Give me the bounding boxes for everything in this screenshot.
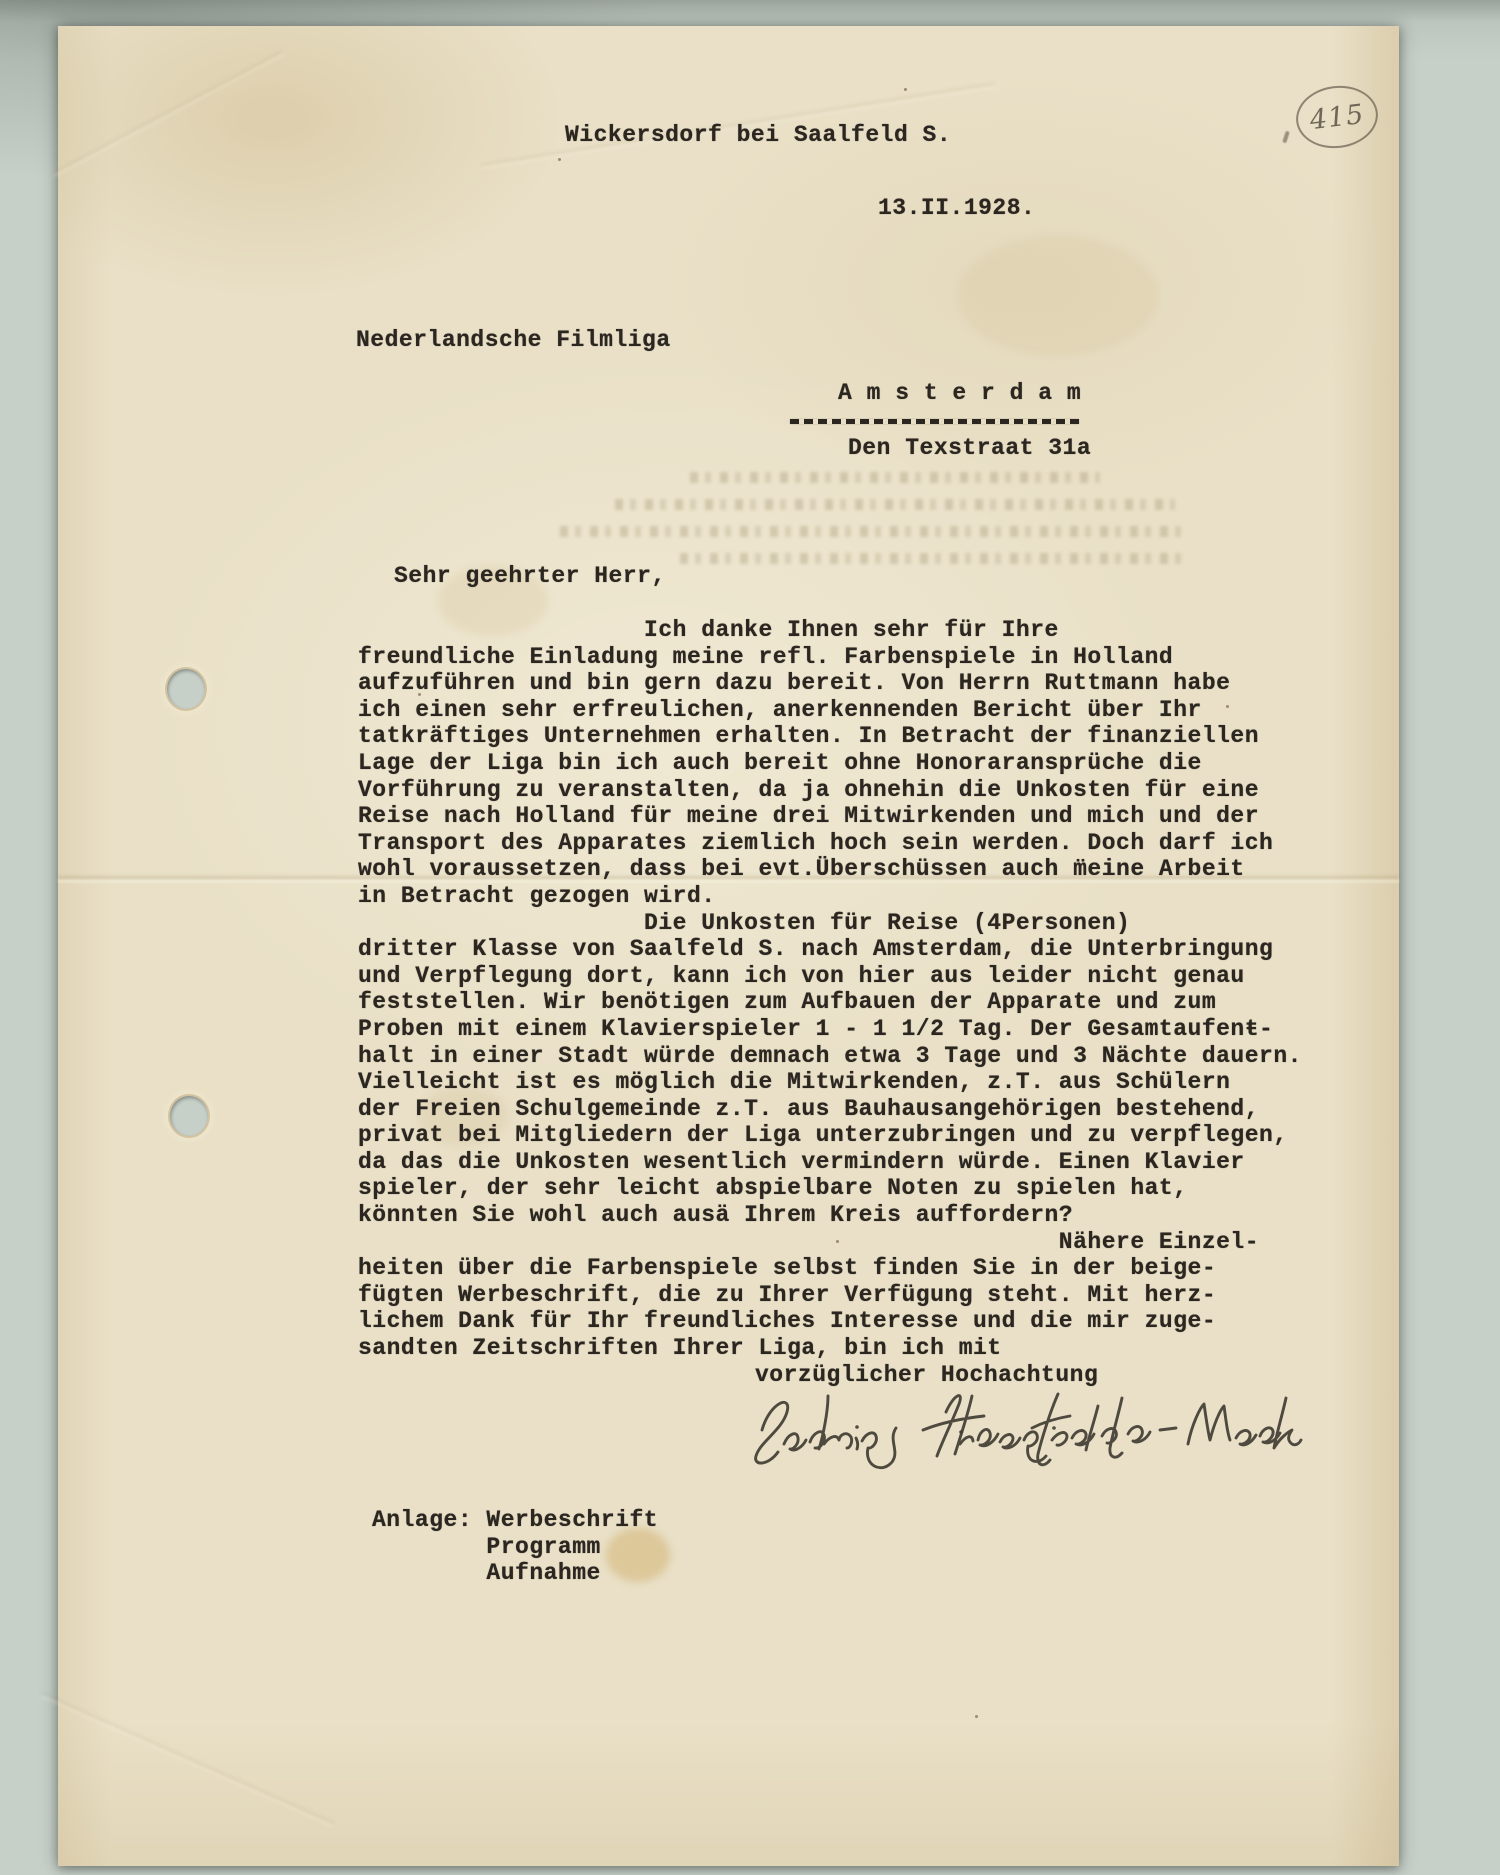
recipient-name: Nederlandsche Filmliga [356,327,671,354]
paper-speck [558,158,561,161]
bleed-through-line [690,472,1100,483]
punch-hole-top [167,669,205,709]
signature-handwriting [740,1378,1305,1498]
scan-backdrop: { "letter": { "archive_number": "415", "… [0,0,1500,1875]
recipient-street: Den Texstraat 31a [848,435,1091,462]
enclosures-block: Anlage: Werbeschrift Programm Aufnahme [372,1507,658,1587]
paper-crease [52,49,285,177]
paper-stain [958,236,1158,356]
letter-body: Ich danke Ihnen sehr für Ihre freundlich… [358,617,1302,1362]
address-underline [790,419,1079,424]
bleed-through-line [615,499,1175,510]
recipient-city: A m s t e r d a m [838,380,1081,407]
paper-speck [904,88,907,91]
bleed-through-line [560,526,1190,537]
paper-crease [40,1691,335,1828]
punch-hole-bottom [170,1096,208,1136]
sender-location: Wickersdorf bei Saalfeld S. [565,122,951,149]
archive-number: 415 [1308,100,1365,133]
bleed-through-line [680,553,1190,564]
salutation: Sehr geehrter Herr, [394,563,666,590]
letter-date: 13.II.1928. [878,195,1035,222]
paper-speck [975,1715,978,1718]
